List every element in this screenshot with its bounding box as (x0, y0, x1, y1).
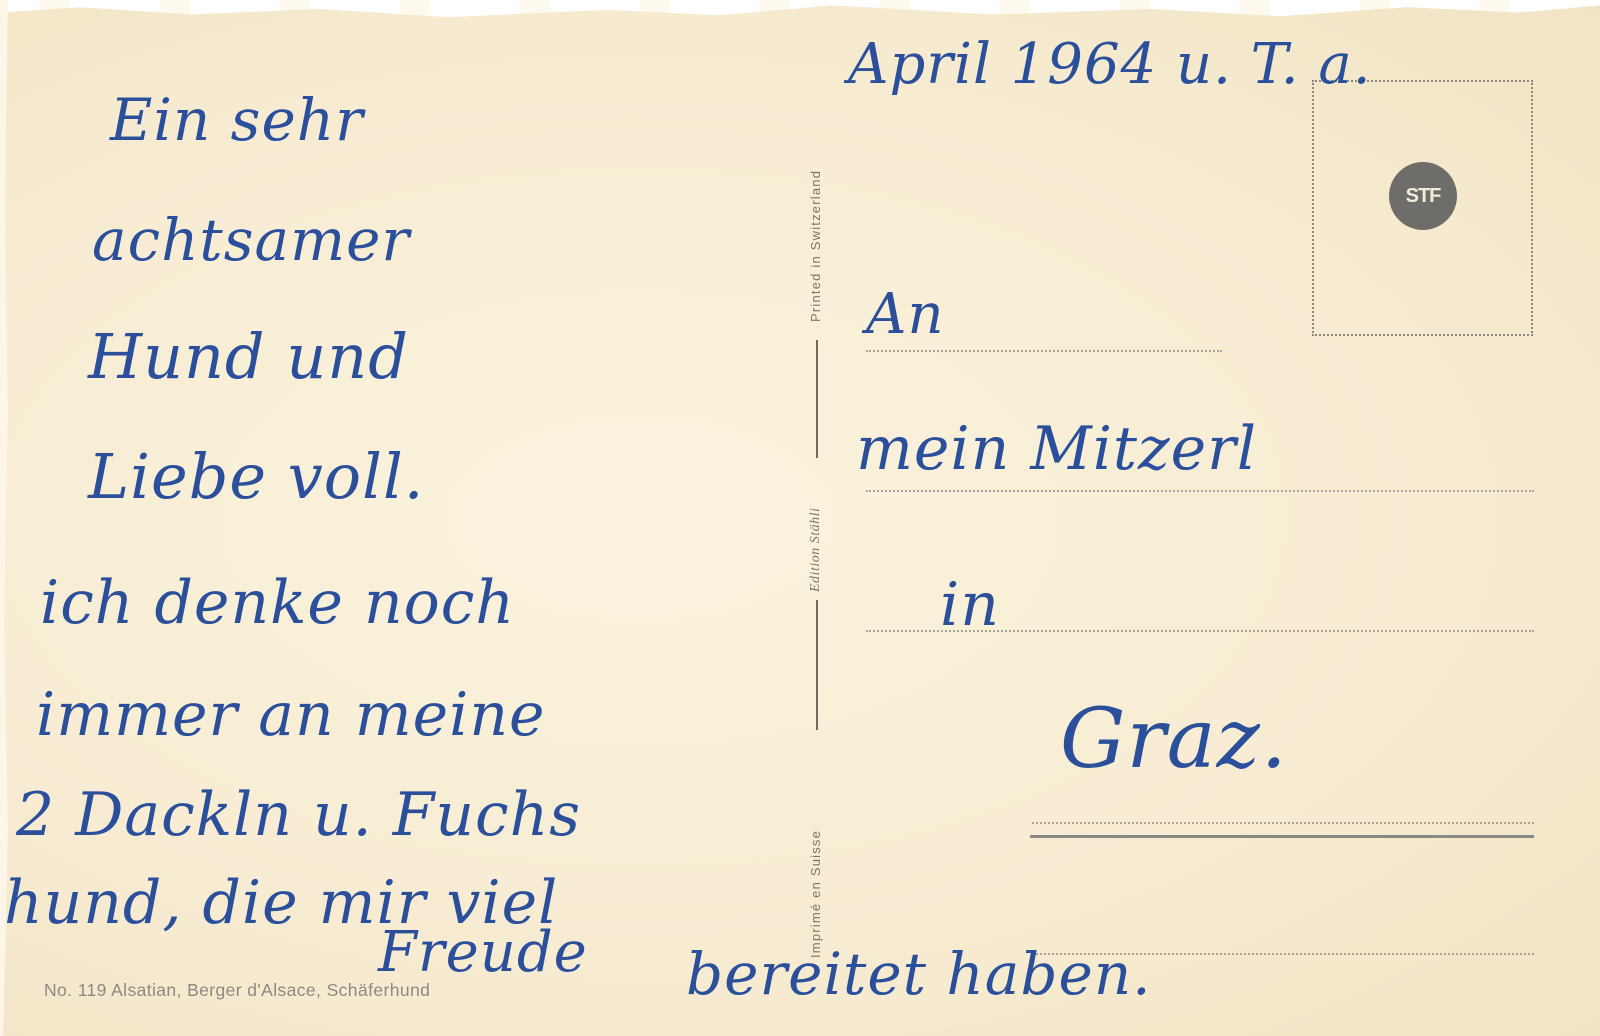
imprime-en-suisse-text: Imprimé en Suisse (808, 830, 823, 958)
message-line-6: immer an meine (36, 680, 545, 750)
message-line-2: achtsamer (92, 206, 410, 274)
postcard-back: Printed in Switzerland Edition Stähli Im… (0, 0, 1600, 1036)
address-line-2 (866, 490, 1534, 492)
divider-line-middle (816, 600, 818, 730)
message-line-7: 2 Dackln u. Fuchs (16, 780, 581, 850)
address-an: An (866, 282, 945, 347)
stf-logo-text: STF (1406, 185, 1441, 208)
address-recipient: mein Mitzerl (856, 414, 1257, 484)
message-line-9: Freude (378, 920, 588, 985)
address-city: Graz. (1060, 692, 1288, 787)
address-line-1 (866, 350, 1222, 352)
handwritten-date: April 1964 u. T. a. (848, 32, 1372, 97)
torn-edge-top (0, 0, 1600, 18)
address-in: in (940, 570, 1000, 640)
message-line-3: Hund und (88, 320, 409, 393)
address-line-4 (1032, 822, 1534, 824)
printed-in-switzerland-text: Printed in Switzerland (808, 170, 823, 322)
stf-logo-icon: STF (1389, 162, 1457, 230)
message-line-4: Liebe voll. (88, 440, 425, 513)
edition-staehli-text: Edition Stähli (808, 508, 824, 592)
message-line-5: ich denke noch (40, 568, 515, 638)
message-line-1: Ein sehr (110, 86, 364, 154)
address-underline-solid (1030, 835, 1534, 838)
divider-line-upper (816, 340, 818, 458)
postcard-caption: No. 119 Alsatian, Berger d'Alsace, Schäf… (44, 980, 430, 1001)
message-continuation: bereitet haben. (686, 940, 1152, 1008)
